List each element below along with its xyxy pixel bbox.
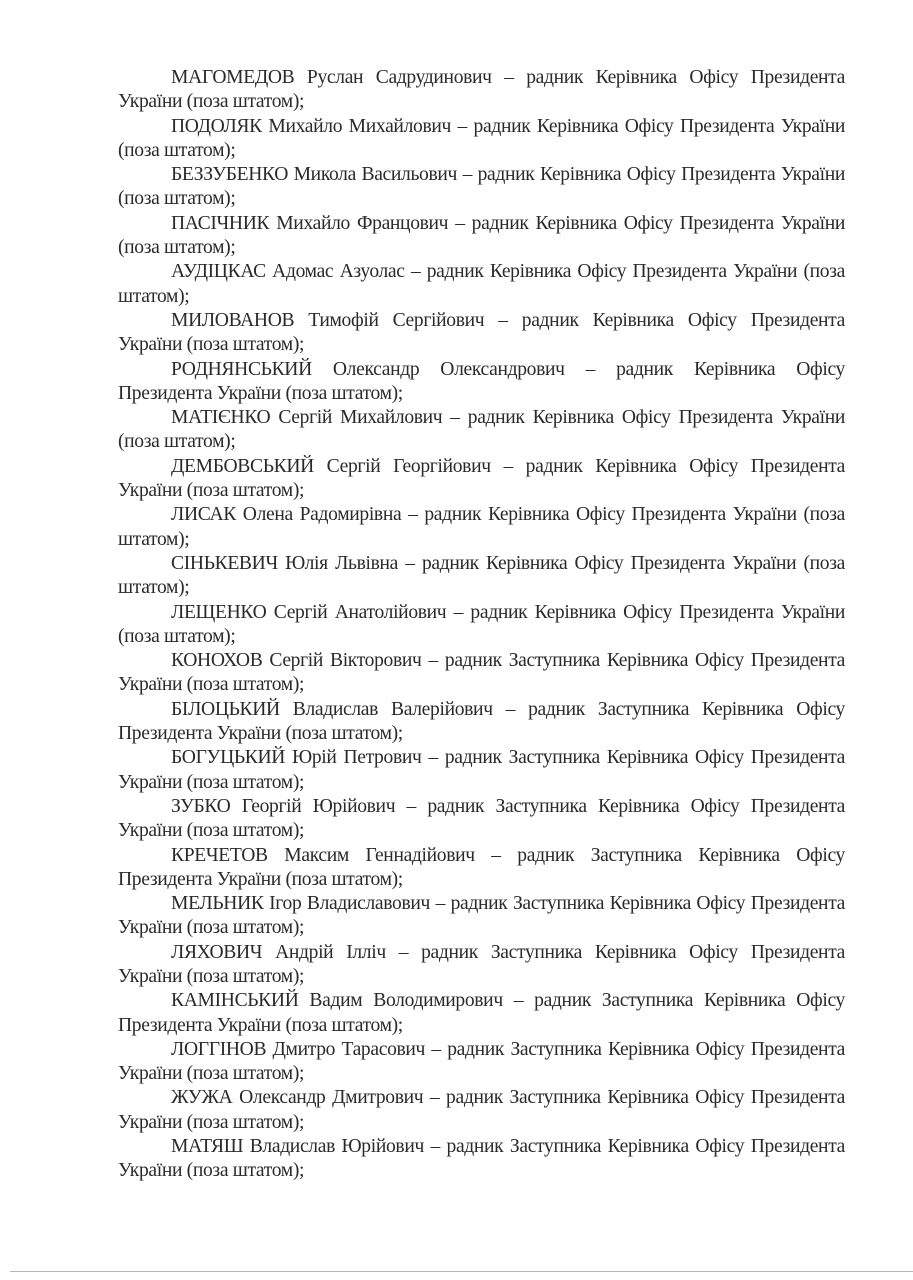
- separator: –: [398, 553, 422, 574]
- separator: –: [503, 990, 534, 1011]
- list-item: ЛОГГІНОВ Дмитро Тарасович – радник Засту…: [118, 1038, 845, 1087]
- list-item: АУДІЦКАС Адомас Азуолас – радник Керівни…: [118, 260, 845, 309]
- list-item: ЖУЖА Олександр Дмитрович – радник Заступ…: [118, 1086, 845, 1135]
- person-name: ДЕМБОВСЬКИЙ Сергій Георгійович: [171, 456, 491, 477]
- person-name: ПАСІЧНИК Михайло Францович: [171, 213, 448, 234]
- list-item: ПОДОЛЯК Михайло Михайлович – радник Кері…: [118, 115, 845, 164]
- list-item: МИЛОВАНОВ Тимофій Сергійович – радник Ке…: [118, 309, 845, 358]
- separator: –: [451, 116, 474, 137]
- person-name: ЛЕЩЕНКО Сергій Анатолійович: [171, 602, 446, 623]
- list-item: ДЕМБОВСЬКИЙ Сергій Георгійович – радник …: [118, 455, 845, 504]
- separator: –: [424, 1136, 447, 1157]
- scan-edge-line: [10, 1271, 913, 1272]
- separator: –: [493, 699, 528, 720]
- separator: –: [448, 213, 471, 234]
- person-name: БОГУЦЬКИЙ Юрій Петрович: [171, 747, 422, 768]
- separator: –: [430, 893, 451, 914]
- list-item: МАТІЄНКО Сергій Михайлович – радник Кері…: [118, 406, 845, 455]
- separator: –: [491, 456, 526, 477]
- list-item: МАГОМЕДОВ Руслан Садрудинович – радник К…: [118, 66, 845, 115]
- list-item: ЛЕЩЕНКО Сергій Анатолійович – радник Кер…: [118, 601, 845, 650]
- person-name: ЗУБКО Георгій Юрійович: [171, 796, 395, 817]
- list-item: ЗУБКО Георгій Юрійович – радник Заступни…: [118, 795, 845, 844]
- separator: –: [422, 747, 445, 768]
- separator: –: [423, 1087, 446, 1108]
- person-name: ЛЯХОВИЧ Андрій Ілліч: [171, 942, 386, 963]
- separator: –: [475, 845, 518, 866]
- separator: –: [446, 602, 470, 623]
- person-name: БЕЗЗУБЕНКО Микола Васильович: [171, 164, 457, 185]
- person-name: ЖУЖА Олександр Дмитрович: [171, 1087, 423, 1108]
- separator: –: [565, 359, 616, 380]
- separator: –: [425, 1039, 447, 1060]
- person-name: АУДІЦКАС Адомас Азуолас: [171, 261, 405, 282]
- person-name: ЛИСАК Олена Радомирівна: [171, 504, 401, 525]
- list-item: КАМІНСЬКИЙ Вадим Володимирович – радник …: [118, 989, 845, 1038]
- appointment-list: МАГОМЕДОВ Руслан Садрудинович – радник К…: [118, 66, 845, 1184]
- person-name: МИЛОВАНОВ Тимофій Сергійович: [171, 310, 484, 331]
- person-name: КРЕЧЕТОВ Максим Геннадійович: [171, 845, 475, 866]
- person-name: МЕЛЬНИК Ігор Владиславович: [171, 893, 430, 914]
- separator: –: [395, 796, 427, 817]
- list-item: БЕЗЗУБЕНКО Микола Васильович – радник Ке…: [118, 163, 845, 212]
- separator: –: [484, 310, 522, 331]
- list-item: БІЛОЦЬКИЙ Владислав Валерійович – радник…: [118, 698, 845, 747]
- document-page: МАГОМЕДОВ Руслан Садрудинович – радник К…: [0, 0, 913, 1280]
- separator: –: [457, 164, 478, 185]
- list-item: ПАСІЧНИК Михайло Францович – радник Кері…: [118, 212, 845, 261]
- person-name: ЛОГГІНОВ Дмитро Тарасович: [171, 1039, 425, 1060]
- person-name: ПОДОЛЯК Михайло Михайлович: [171, 116, 451, 137]
- person-name: КАМІНСЬКИЙ Вадим Володимирович: [171, 990, 503, 1011]
- list-item: КОНОХОВ Сергій Вікторович – радник Засту…: [118, 649, 845, 698]
- separator: –: [492, 67, 527, 88]
- separator: –: [401, 504, 424, 525]
- person-name: МАТЯШ Владислав Юрійович: [171, 1136, 424, 1157]
- person-name: РОДНЯНСЬКИЙ Олександр Олександрович: [171, 359, 565, 380]
- separator: –: [405, 261, 427, 282]
- list-item: КРЕЧЕТОВ Максим Геннадійович – радник За…: [118, 844, 845, 893]
- person-name: МАТІЄНКО Сергій Михайлович: [171, 407, 442, 428]
- separator: –: [422, 650, 445, 671]
- list-item: ЛИСАК Олена Радомирівна – радник Керівни…: [118, 503, 845, 552]
- separator: –: [386, 942, 421, 963]
- person-name: СІНЬКЕВИЧ Юлія Львівна: [171, 553, 398, 574]
- list-item: МЕЛЬНИК Ігор Владиславович – радник Заст…: [118, 892, 845, 941]
- person-name: КОНОХОВ Сергій Вікторович: [171, 650, 422, 671]
- list-item: МАТЯШ Владислав Юрійович – радник Заступ…: [118, 1135, 845, 1184]
- list-item: БОГУЦЬКИЙ Юрій Петрович – радник Заступн…: [118, 746, 845, 795]
- person-name: МАГОМЕДОВ Руслан Садрудинович: [171, 67, 492, 88]
- list-item: РОДНЯНСЬКИЙ Олександр Олександрович – ра…: [118, 358, 845, 407]
- list-item: СІНЬКЕВИЧ Юлія Львівна – радник Керівник…: [118, 552, 845, 601]
- person-name: БІЛОЦЬКИЙ Владислав Валерійович: [171, 699, 493, 720]
- separator: –: [442, 407, 467, 428]
- list-item: ЛЯХОВИЧ Андрій Ілліч – радник Заступника…: [118, 941, 845, 990]
